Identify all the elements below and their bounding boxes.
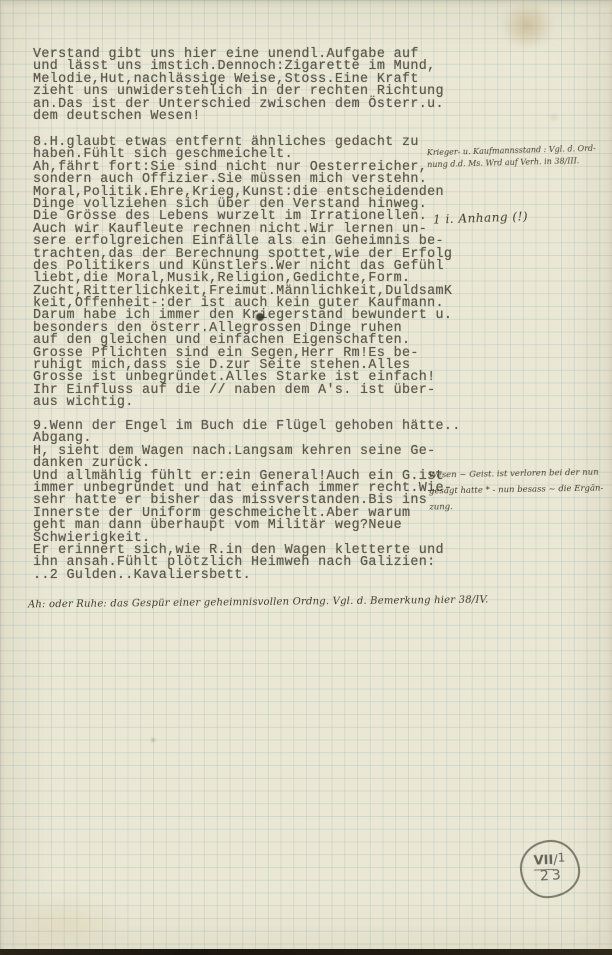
scanned-manuscript-page: { "page": { "kind": "typewritten manuscr… [0, 0, 612, 955]
stamp-page-number: 23 [540, 868, 565, 884]
stamp-roman-numeral: VII [533, 853, 553, 871]
stamp-number-top: 1 [557, 850, 565, 864]
paper-stain [549, 113, 559, 121]
handwritten-line: zung. [429, 496, 604, 515]
scan-edge-shadow [0, 949, 612, 955]
stamp-signature: VII/1 [533, 853, 565, 867]
handwritten-line: gesagt hatte * - nun besass ~ die Ergän- [429, 480, 604, 499]
typed-paragraph-intro: Verstand gibt uns hier eine unendl.Aufga… [33, 49, 444, 123]
handwritten-margin-note-middle: Wesen ~ Geist. ist verloren bei der nung… [429, 464, 604, 515]
archive-folio-stamp: VII/1 23 [519, 838, 582, 899]
handwritten-bottom-note: Ah: oder Ruhe: das Gespür einer geheimni… [28, 595, 489, 611]
typed-paragraph-9: 9.Wenn der Engel im Buch die Flügel geho… [33, 421, 461, 582]
paper-stain [490, 0, 564, 60]
paper-speck [150, 737, 156, 743]
handwritten-margin-note-anhang: 1 i. Anhang (!) [433, 209, 529, 226]
handwritten-margin-note-top: Krieger- u. Kaufmannsstand : Vgl. d. Ord… [427, 143, 597, 170]
ink-blot [256, 313, 264, 321]
paper-stain [0, 885, 140, 955]
typed-line: aus wichtig. [33, 397, 452, 409]
typed-line: 9.Wenn der Engel im Buch die Flügel geho… [33, 421, 461, 433]
typed-paragraph-8: 8.H.glaubt etwas entfernt ähnliches geda… [33, 137, 452, 410]
typed-line: ..2 Gulden..Kavaliersbett. [33, 570, 461, 582]
typed-line: dem deutschen Wesen! [33, 111, 444, 123]
